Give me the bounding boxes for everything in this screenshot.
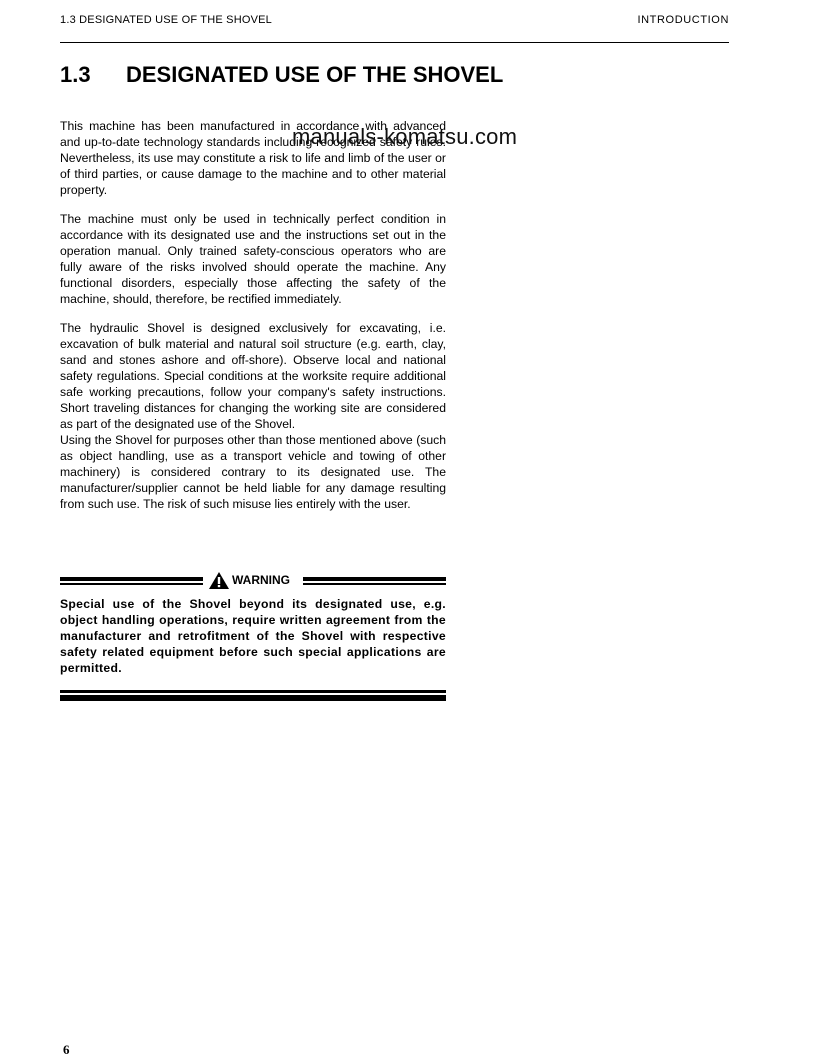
header-section-title: 1.3 DESIGNATED USE OF THE SHOVEL [60, 14, 272, 26]
header-divider [60, 42, 729, 43]
paragraph-misuse: Using the Shovel for purposes other than… [60, 432, 446, 512]
warning-rule-right [303, 577, 446, 585]
running-header: 1.3 DESIGNATED USE OF THE SHOVEL INTRODU… [60, 14, 729, 30]
paragraph-condition: The machine must only be used in technic… [60, 211, 446, 307]
section-heading: DESIGNATED USE OF THE SHOVEL [126, 62, 503, 87]
warning-label: WARNING [209, 571, 290, 589]
warning-title: WARNING [232, 573, 290, 587]
warning-footer-rule [60, 690, 446, 701]
body-text: This machine has been manufactured in ac… [60, 118, 446, 525]
page-title: 1.3DESIGNATED USE OF THE SHOVEL [60, 62, 503, 88]
paragraph-designated-use: The hydraulic Shovel is designed exclusi… [60, 320, 446, 432]
watermark: manuals-komatsu.com [292, 124, 517, 150]
warning-triangle-icon [209, 572, 229, 589]
warning-header: WARNING [60, 571, 446, 589]
header-chapter-title: INTRODUCTION [637, 14, 729, 26]
page-number: 6 [63, 1042, 70, 1056]
section-number: 1.3 [60, 62, 126, 88]
warning-box: WARNING Special use of the Shovel beyond… [60, 571, 446, 701]
warning-rule-left [60, 577, 203, 585]
warning-text: Special use of the Shovel beyond its des… [60, 596, 446, 676]
